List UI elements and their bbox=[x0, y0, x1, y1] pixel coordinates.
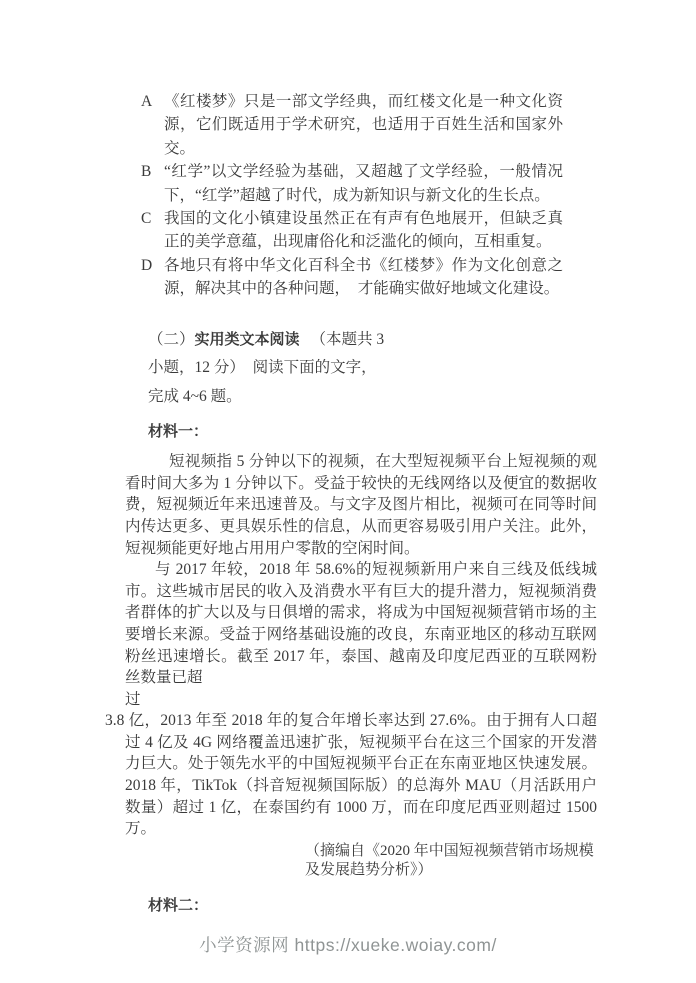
option-c: C 我国的文化小镇建设虽然正在有声有色地展开，但缺乏真正的美学意蕴，出现庸俗化和… bbox=[141, 207, 563, 254]
option-b: B “红学”以文学经验为基础，又超越了文学经验，一般情况下，“红学”超越了时代，… bbox=[141, 160, 563, 207]
citation-line-2: 及发展趋势分析》） bbox=[305, 861, 597, 881]
option-c-letter: C bbox=[141, 207, 164, 254]
document-content: A 《红楼梦》只是一部文学经典，而红楼文化是一种文化资源，它们既适用于学术研究，… bbox=[0, 0, 696, 918]
document-page: A 《红楼梦》只是一部文学经典，而红楼文化是一种文化资源，它们既适用于学术研究，… bbox=[0, 0, 696, 983]
options-list: A 《红楼梦》只是一部文学经典，而红楼文化是一种文化资源，它们既适用于学术研究，… bbox=[141, 90, 597, 301]
material-1-paragraph-1: 短视频指 5 分钟以下的视频，在大型短视频平台上短视频的观看时间大多为 1 分钟… bbox=[125, 451, 597, 559]
option-d-letter: D bbox=[141, 254, 164, 301]
section-heading-line-3: 完成 4~6 题。 bbox=[148, 383, 597, 412]
section-heading-line-2: 小题，12 分） 阅读下面的文字， bbox=[148, 354, 597, 383]
watermark-footer: 小学资源网 https://xueke.woiay.com/ bbox=[0, 932, 696, 957]
option-d: D 各地只有将中华文化百科全书《红楼梦》作为文化创意之源，解决其中的各种问题， … bbox=[141, 254, 563, 301]
option-a-text: 《红楼梦》只是一部文学经典，而红楼文化是一种文化资源，它们既适用于学术研究，也适… bbox=[164, 90, 563, 160]
option-d-text: 各地只有将中华文化百科全书《红楼梦》作为文化创意之源，解决其中的各种问题， 才能… bbox=[164, 254, 563, 301]
material-1-paragraph-3: 3.8 亿，2013 年至 2018 年的复合年增长率达到 27.6%。由于拥有… bbox=[125, 710, 597, 840]
option-b-letter: B bbox=[141, 160, 164, 207]
section-title: 实用类文本阅读 bbox=[195, 331, 300, 348]
section-heading: （二）实用类文本阅读（本题共 3 小题，12 分） 阅读下面的文字， 完成 4~… bbox=[148, 326, 597, 412]
option-c-text: 我国的文化小镇建设虽然正在有声有色地展开，但缺乏真正的美学意蕴，出现庸俗化和泛滥… bbox=[164, 207, 563, 254]
material-2-heading: 材料二： bbox=[148, 894, 597, 918]
citation-line-1: （摘编自《2020 年中国短视频营销市场规模 bbox=[305, 842, 597, 862]
citation: （摘编自《2020 年中国短视频营销市场规模 及发展趋势分析》） bbox=[305, 842, 597, 881]
material-1-paragraph-2: 与 2017 年较，2018 年 58.6%的短视频新用户来自三线及低线城市。这… bbox=[125, 559, 597, 689]
section-number: （二） bbox=[148, 331, 195, 348]
material-1-paragraph-2-orphan: 过 bbox=[125, 689, 597, 711]
material-1-heading: 材料一： bbox=[148, 420, 597, 444]
option-a-letter: A bbox=[141, 90, 164, 160]
section-points-part1: （本题共 3 bbox=[311, 331, 385, 348]
option-b-text: “红学”以文学经验为基础，又超越了文学经验，一般情况下，“红学”超越了时代，成为… bbox=[164, 160, 563, 207]
option-a: A 《红楼梦》只是一部文学经典，而红楼文化是一种文化资源，它们既适用于学术研究，… bbox=[141, 90, 563, 160]
section-heading-line-1: （二）实用类文本阅读（本题共 3 bbox=[148, 326, 597, 355]
